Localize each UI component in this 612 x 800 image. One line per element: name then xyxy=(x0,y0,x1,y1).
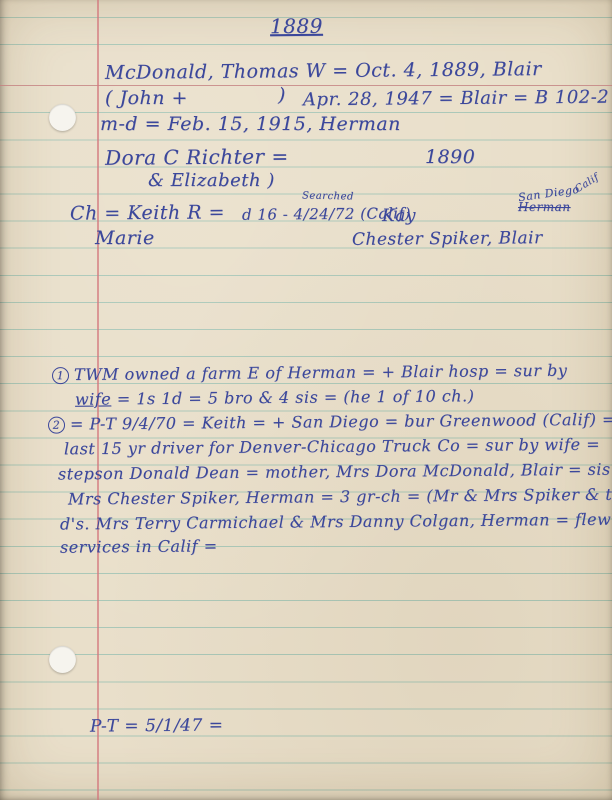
note1-line1-text: TWM owned a farm E of Herman = + Blair h… xyxy=(74,361,567,384)
note1-line2-word: wife xyxy=(75,389,111,408)
note1-number: 1 xyxy=(52,367,69,384)
hole-punch-bottom xyxy=(49,646,76,673)
note2-number: 2 xyxy=(48,417,65,434)
record-death-line: Apr. 28, 1947 = Blair = B 102-2 xyxy=(303,87,609,111)
place-herman-struck: Herman xyxy=(518,200,571,214)
note1-line1: 1TWM owned a farm E of Herman = + Blair … xyxy=(52,361,567,384)
child-kay: Kay xyxy=(382,206,416,226)
note2-line5: d's. Mrs Terry Carmichael & Mrs Danny Co… xyxy=(60,509,612,533)
spiker-line: Chester Spiker, Blair xyxy=(352,228,543,250)
head-rule-line xyxy=(0,85,612,86)
note1-line2: wife = 1s 1d = 5 bro & 4 sis = (he 1 of … xyxy=(75,386,475,408)
hole-punch-top xyxy=(49,104,76,131)
children-label: Ch = Keith R = xyxy=(70,201,225,224)
record-parents-close: ) xyxy=(278,84,286,106)
note2-line3: stepson Donald Dean = mother, Mrs Dora M… xyxy=(58,460,612,484)
record-marriage-line: m-d = Feb. 15, 1915, Herman xyxy=(100,113,401,135)
note2-line1-text: = P-T 9/4/70 = Keith = + San Diego = bur… xyxy=(70,409,612,433)
record-parents-open: ( John + xyxy=(105,87,188,109)
note2-line2: last 15 yr driver for Denver-Chicago Tru… xyxy=(64,435,600,459)
spouse-parents: & Elizabeth ) xyxy=(148,170,275,191)
place-calif-note: Calif xyxy=(573,172,601,195)
spouse-birth-year: 1890 xyxy=(425,146,475,168)
searched-note: Searched xyxy=(302,190,354,202)
spouse-name: Dora C Richter = xyxy=(105,144,289,170)
notebook-page: 1889 McDonald, Thomas W = Oct. 4, 1889, … xyxy=(0,0,612,800)
year-heading: 1889 xyxy=(270,14,323,38)
child-marie: Marie xyxy=(95,227,155,249)
note2-line6: services in Calif = xyxy=(60,536,218,556)
record-name-line: McDonald, Thomas W = Oct. 4, 1889, Blair xyxy=(105,58,542,84)
citation: P-T = 5/1/47 = xyxy=(90,715,224,736)
note2-line4: Mrs Chester Spiker, Herman = 3 gr-ch = (… xyxy=(68,484,612,508)
note2-line1: 2= P-T 9/4/70 = Keith = + San Diego = bu… xyxy=(48,409,612,433)
note1-line2-rest: = 1s 1d = 5 bro & 4 sis = (he 1 of 10 ch… xyxy=(117,386,475,408)
